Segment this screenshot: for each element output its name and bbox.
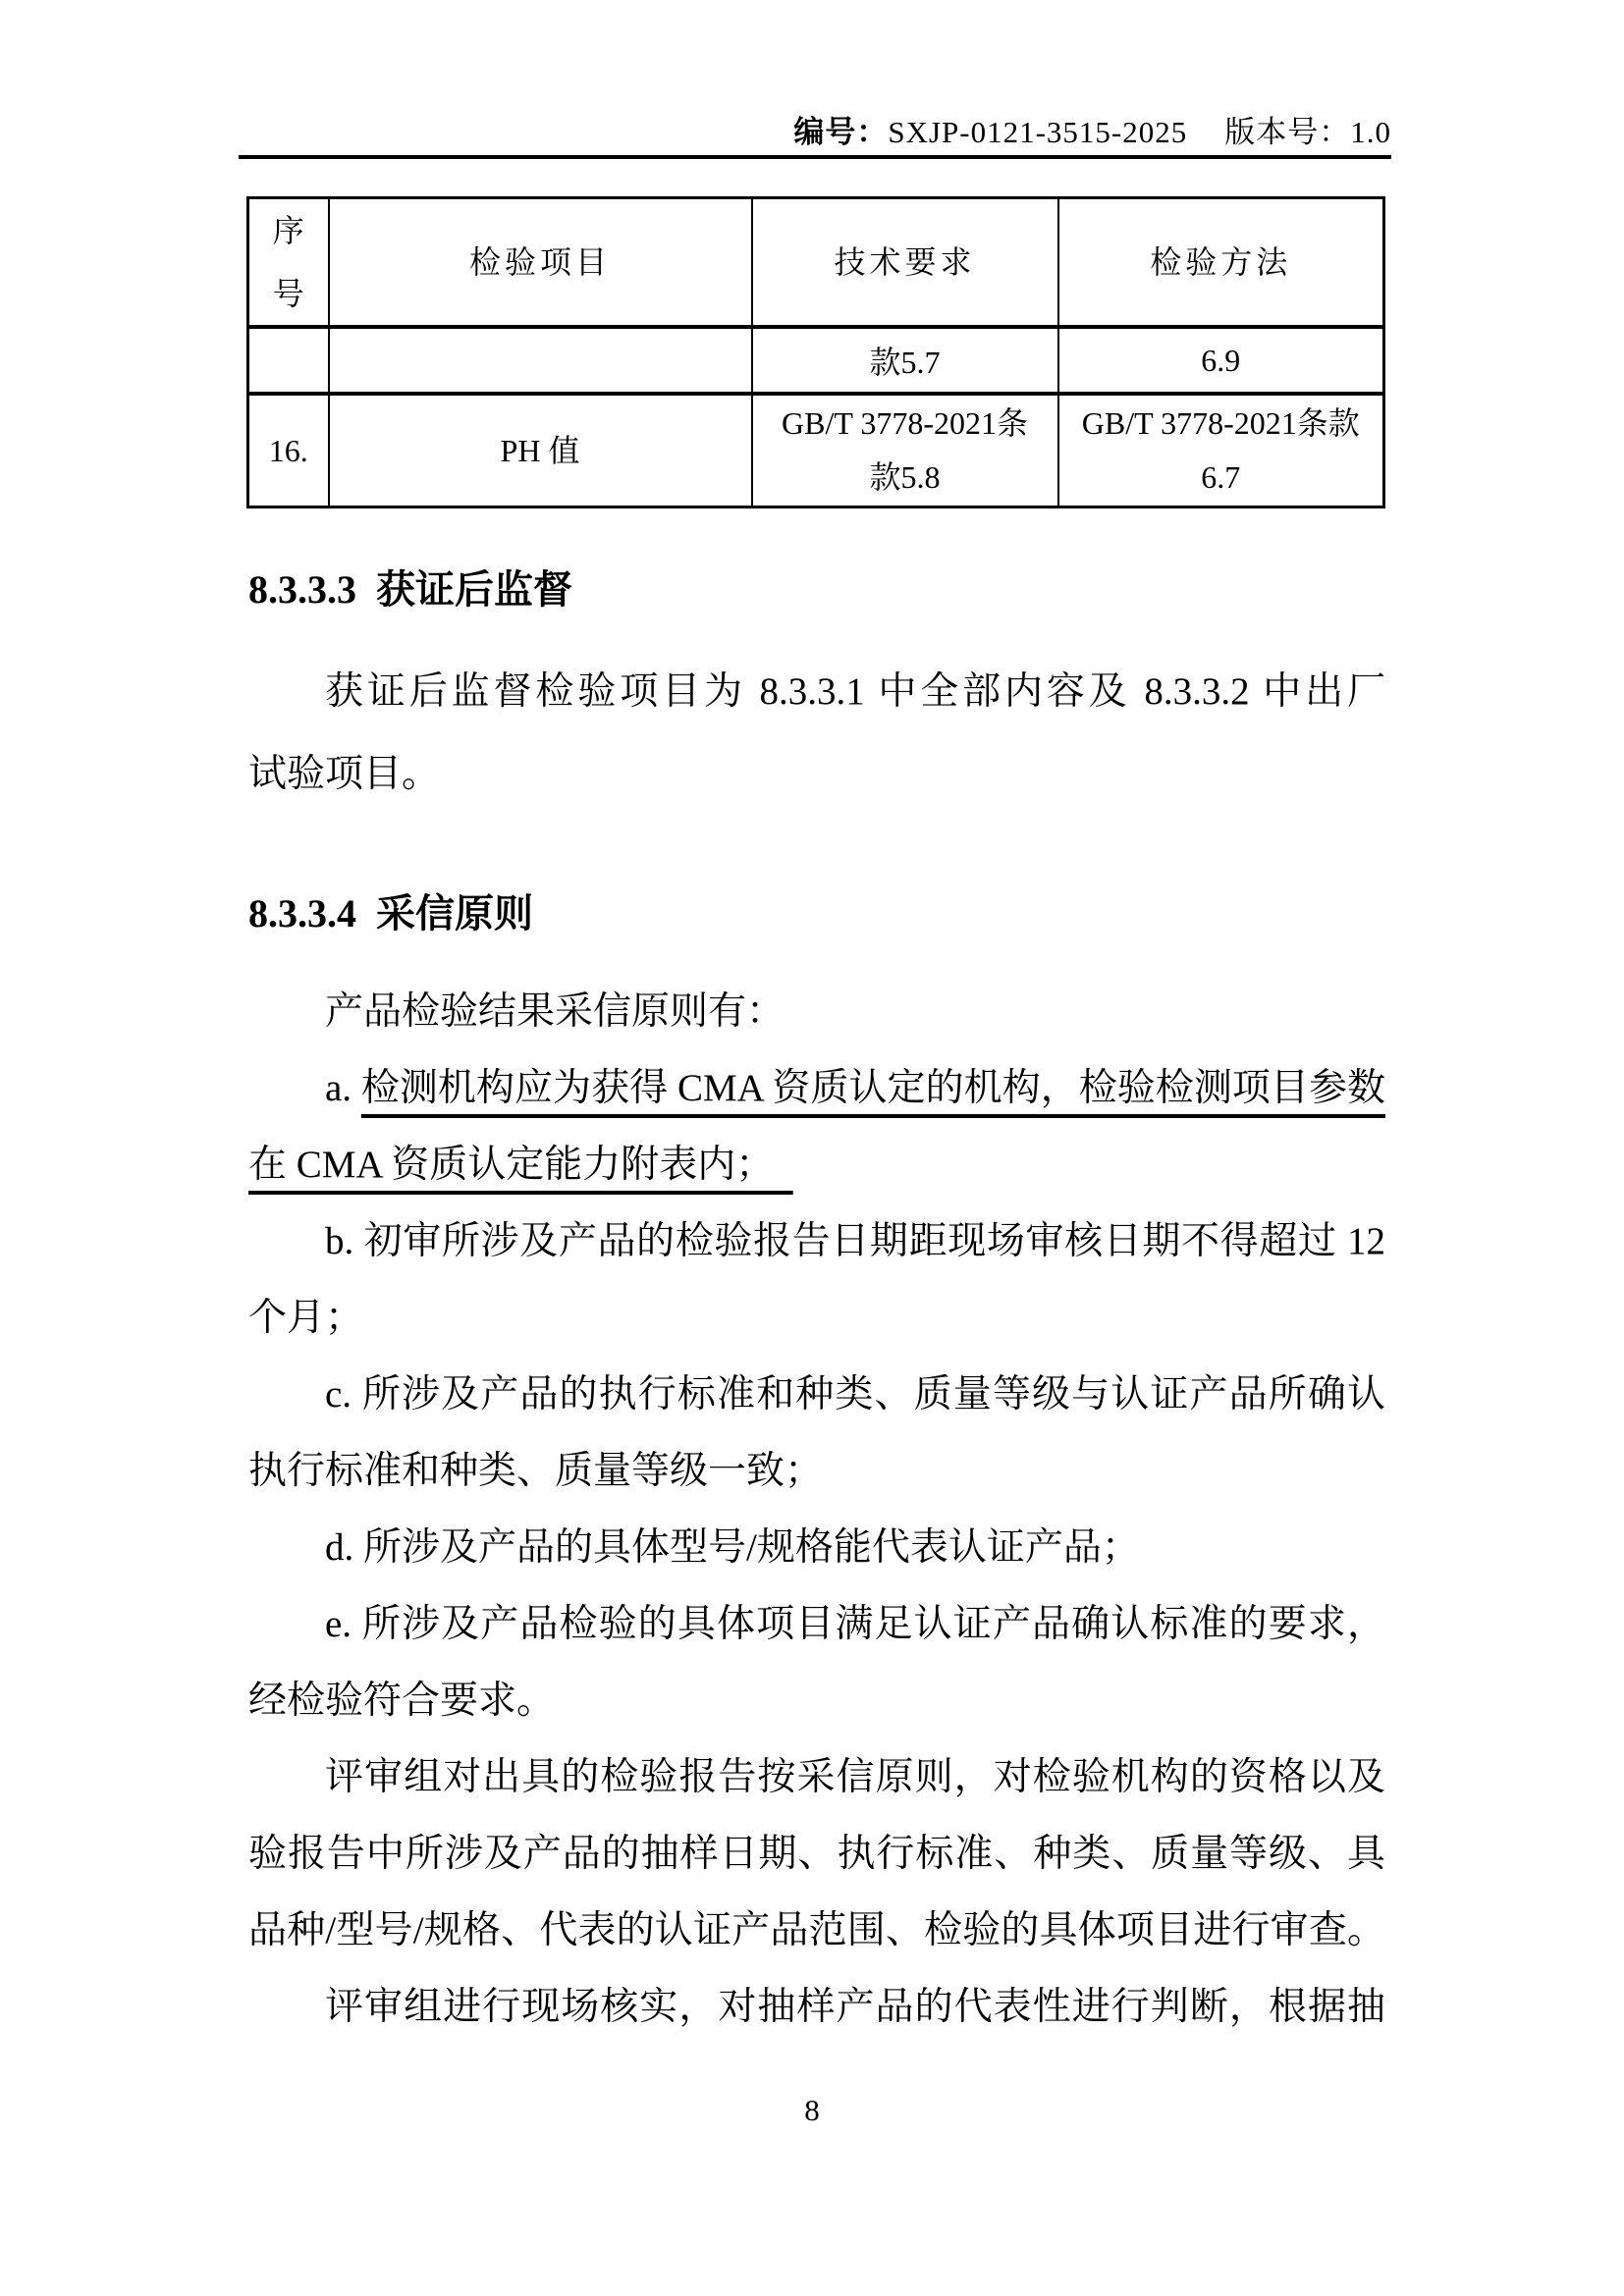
table-header-seq: 序 号 <box>248 198 329 328</box>
table-header-method: 检验方法 <box>1058 198 1384 328</box>
body-line: 验报告中所涉及产品的抽样日期、执行标准、种类、质量等级、具体 <box>248 1816 1385 1893</box>
body-line: 评审组进行现场核实，对抽样产品的代表性进行判断，根据抽样 <box>248 1969 1385 2046</box>
line-text: 评审组进行现场核实，对抽样产品的代表性进行判断，根据抽样 <box>248 1986 1385 2046</box>
section-heading: 8.3.3.3 获证后监督 <box>248 561 1385 619</box>
body-line: d. 所涉及产品的具体型号/规格能代表认证产品； <box>248 1510 1385 1586</box>
line-text: 产品检验结果采信原则有： <box>325 990 785 1033</box>
body-line: 评审组对出具的检验报告按采信原则，对检验机构的资格以及检 <box>248 1739 1385 1816</box>
table-cell: 款5.7 <box>752 327 1058 394</box>
line-text: 品种/型号/规格、代表的认证产品范围、检验的具体项目进行审查。 <box>248 1909 1385 1951</box>
line-text: b. 初审所涉及产品的检验报告日期距现场审核日期不得超过 12 <box>325 1220 1385 1262</box>
underlined-text: 检测机构应为获得 CMA 资质认定的机构，检验检测项目参数应 <box>248 1067 1385 1127</box>
body-line: 试验项目。 <box>248 733 1385 816</box>
document-page: 编号：SXJP-0121-3515-2025版本号：1.0 序 号 检验项目 技… <box>0 0 1624 2296</box>
body-line: b. 初审所涉及产品的检验报告日期距现场审核日期不得超过 12 <box>248 1203 1385 1280</box>
table-cell <box>248 327 329 394</box>
table-cell: PH 值 <box>329 394 752 507</box>
body-line: 在 CMA 资质认定能力附表内； <box>248 1127 1385 1203</box>
line-text: 获证后监督检验项目为 8.3.3.1 中全部内容及 8.3.3.2 中出厂 <box>325 670 1385 713</box>
table-row: 款5.7 6.9 <box>248 327 1384 394</box>
body-line: 个月； <box>248 1280 1385 1357</box>
line-text: c. 所涉及产品的执行标准和种类、质量等级与认证产品所确认的 <box>248 1373 1385 1433</box>
table-cell <box>329 327 752 394</box>
body-line: c. 所涉及产品的执行标准和种类、质量等级与认证产品所确认的 <box>248 1357 1385 1433</box>
body-line: e. 所涉及产品检验的具体项目满足认证产品确认标准的要求，且 <box>248 1586 1385 1663</box>
section-paragraph: 产品检验结果采信原则有：a. 检测机构应为获得 CMA 资质认定的机构，检验检测… <box>248 974 1385 2046</box>
page-number: 8 <box>0 2081 1624 2140</box>
line-text: d. 所涉及产品的具体型号/规格能代表认证产品； <box>325 1526 1140 1569</box>
line-text: 经检验符合要求。 <box>248 1680 555 1722</box>
body-line: a. 检测机构应为获得 CMA 资质认定的机构，检验检测项目参数应 <box>248 1050 1385 1127</box>
table-cell: GB/T 3778-2021条 款5.8 <box>752 394 1058 507</box>
header-divider <box>239 155 1391 159</box>
section-heading: 8.3.3.4 采信原则 <box>248 884 1385 943</box>
line-text: 试验项目。 <box>248 753 440 795</box>
table-row: 16. PH 值 GB/T 3778-2021条 款5.8 GB/T 3778-… <box>248 394 1384 507</box>
line-text: 个月； <box>248 1297 363 1339</box>
table-cell: 16. <box>248 394 329 507</box>
inspection-items-table: 序 号 检验项目 技术要求 检验方法 款5.7 6.9 16. PH 值 GB/… <box>246 196 1385 508</box>
body-line: 执行标准和种类、质量等级一致； <box>248 1433 1385 1510</box>
section-paragraph: 获证后监督检验项目为 8.3.3.1 中全部内容及 8.3.3.2 中出厂试验项… <box>248 651 1385 816</box>
version-value: 1.0 <box>1350 115 1391 149</box>
table-header-row: 序 号 检验项目 技术要求 检验方法 <box>248 198 1384 328</box>
body-line: 获证后监督检验项目为 8.3.3.1 中全部内容及 8.3.3.2 中出厂 <box>248 651 1385 733</box>
table-cell: 6.9 <box>1058 327 1384 394</box>
doc-number-label: 编号： <box>793 115 888 149</box>
underlined-text: 在 CMA 资质认定能力附表内； <box>248 1144 793 1186</box>
body-line: 经检验符合要求。 <box>248 1663 1385 1739</box>
document-body: 8.3.3.3 获证后监督获证后监督检验项目为 8.3.3.1 中全部内容及 8… <box>0 561 1624 2046</box>
line-text: 验报告中所涉及产品的抽样日期、执行标准、种类、质量等级、具体 <box>248 1833 1385 1893</box>
doc-number-value: SXJP-0121-3515-2025 <box>888 115 1187 149</box>
table-cell: GB/T 3778-2021条款 6.7 <box>1058 394 1384 507</box>
line-text: 评审组对出具的检验报告按采信原则，对检验机构的资格以及检 <box>248 1756 1385 1816</box>
document-header: 编号：SXJP-0121-3515-2025版本号：1.0 <box>0 110 1624 155</box>
table-header-item: 检验项目 <box>329 198 752 328</box>
table-header-requirement: 技术要求 <box>752 198 1058 328</box>
line-text: 执行标准和种类、质量等级一致； <box>248 1450 823 1492</box>
body-line: 产品检验结果采信原则有： <box>248 974 1385 1050</box>
version-label: 版本号： <box>1224 115 1350 149</box>
list-item-marker: a. <box>325 1067 361 1109</box>
line-text: e. 所涉及产品检验的具体项目满足认证产品确认标准的要求，且 <box>248 1603 1385 1663</box>
body-line: 品种/型号/规格、代表的认证产品范围、检验的具体项目进行审查。 <box>248 1893 1385 1969</box>
